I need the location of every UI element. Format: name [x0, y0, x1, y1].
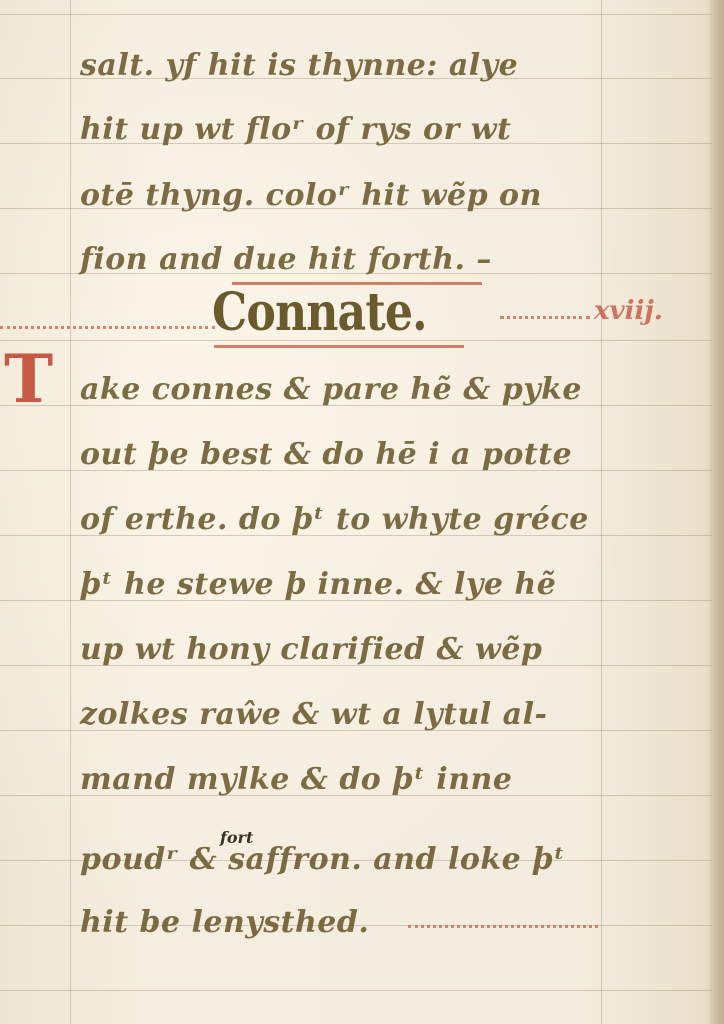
binding-gutter	[710, 0, 724, 1024]
marginal-recipe-number: xviij.	[594, 296, 663, 326]
manuscript-line: up wt hony clarified & wẽp	[80, 632, 542, 667]
ruling-line	[0, 990, 712, 991]
manuscript-line: poudʳ & saffron. and loke þᵗ	[80, 842, 565, 877]
manuscript-line: zolkes raŵe & wt a lytul al-	[80, 697, 547, 732]
manuscript-line: out þe best & do hē i a potte	[80, 437, 572, 472]
manuscript-line: otē thyng. coloʳ hit wẽp on	[80, 178, 542, 213]
manuscript-line: mand mylke & do þᵗ inne	[80, 762, 512, 797]
heading-underline	[214, 345, 464, 348]
drop-cap-initial: T	[4, 340, 53, 418]
manuscript-line: salt. yf hit is thynne: alye	[80, 48, 518, 83]
manuscript-line: hit up wt floʳ of rys or wt	[80, 112, 511, 147]
margin-rule-right	[601, 0, 602, 1024]
manuscript-folio: ​ salt. yf hit is thynne: alye hit up wt…	[0, 0, 724, 1024]
ruling-line	[0, 14, 712, 15]
margin-rule-left	[70, 0, 71, 1024]
line-filler	[408, 925, 598, 928]
recipe-heading: Connate.	[212, 282, 427, 343]
manuscript-line: ake connes & pare hẽ & pyke	[80, 372, 582, 407]
manuscript-line: fion and due hit forth. –	[80, 242, 492, 277]
manuscript-line: hit be lenysthed.	[80, 905, 369, 940]
rubric-line-left	[0, 326, 215, 329]
manuscript-line: þᵗ he stewe þ inne. & lye hẽ	[80, 567, 556, 602]
manuscript-line: of erthe. do þᵗ to whyte gréce	[80, 502, 589, 537]
rubric-line-right	[500, 316, 590, 319]
